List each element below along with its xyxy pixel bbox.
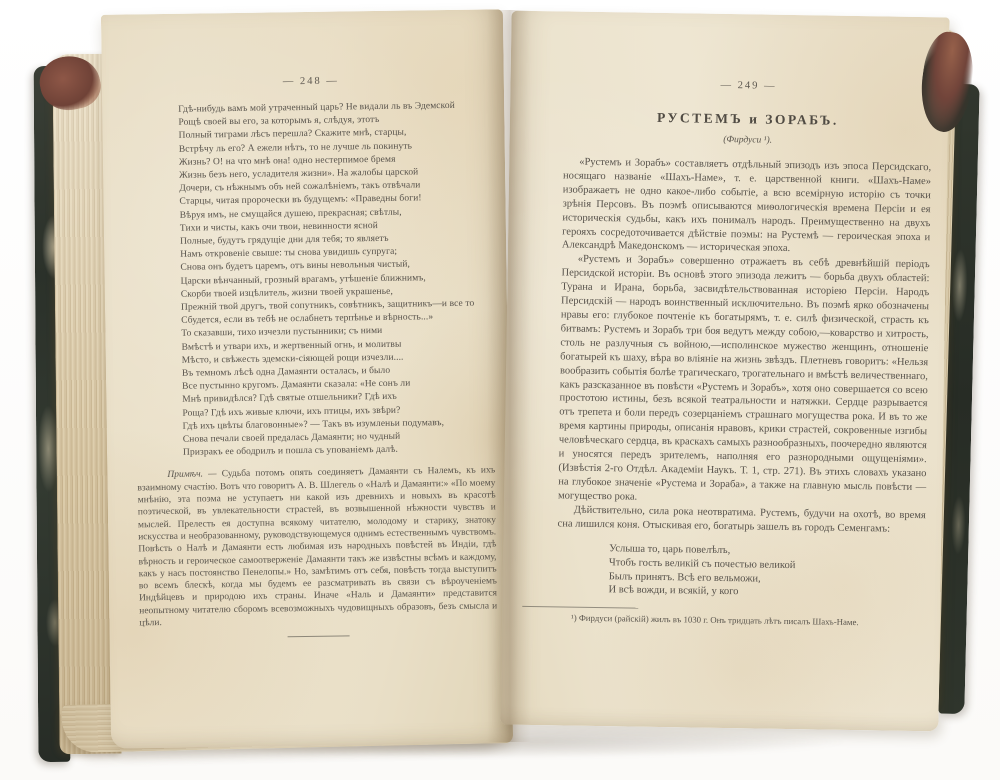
chapter-title: РУСТЕМЪ и ЗОРАБЪ. — [564, 108, 932, 130]
left-page-number: — 248 — — [132, 73, 490, 89]
photo-backdrop: — 248 — Гдѣ-нибудь вамъ мой утраченный ц… — [0, 0, 1000, 780]
body-paragraph: «Рустемъ и Зорабъ» совершенно отражаетъ … — [558, 253, 930, 509]
editor-note-label: Примѣч. — — [167, 470, 216, 481]
verse-quote-block: Услыша то, царь повелѣлъ,Чтобъ гость вел… — [608, 543, 925, 602]
right-page-number: — 249 — — [564, 77, 932, 94]
right-page: — 249 — РУСТЕМЪ и ЗОРАБЪ. (Фирдуси ¹). «… — [500, 11, 949, 732]
body-paragraph: «Рустемъ и Зорабъ» составляетъ отдѣльный… — [562, 155, 931, 258]
section-end-rule — [288, 636, 350, 638]
body-paragraph: Дѣйствительно, сила рока неотвратима. Ру… — [557, 503, 925, 537]
editor-note: Примѣч. — Судьба потомъ опять соединяетъ… — [137, 465, 497, 630]
chapter-body: «Рустемъ и Зорабъ» составляетъ отдѣльный… — [557, 155, 931, 536]
editor-note-text: Судьба потомъ опять соединяетъ Дамаянти … — [137, 466, 497, 629]
right-page-content: — 249 — РУСТЕМЪ и ЗОРАБЪ. (Фирдуси ¹). «… — [556, 77, 933, 628]
left-page: — 248 — Гдѣ-нибудь вамъ мой утраченный ц… — [101, 9, 513, 749]
poem-block: Гдѣ-нибудь вамъ мой утраченный царь? Не … — [178, 99, 495, 460]
footnote-rule — [522, 606, 638, 609]
chapter-author: (Фирдуси ¹). — [564, 132, 932, 148]
footnote: ¹) Фирдуси (райскій) жилъ въ 1030 г. Онъ… — [556, 612, 924, 628]
left-page-content: — 248 — Гдѣ-нибудь вамъ мой утраченный ц… — [132, 73, 498, 639]
editor-note-paragraph: Примѣч. — Судьба потомъ опять соединяетъ… — [137, 465, 497, 630]
